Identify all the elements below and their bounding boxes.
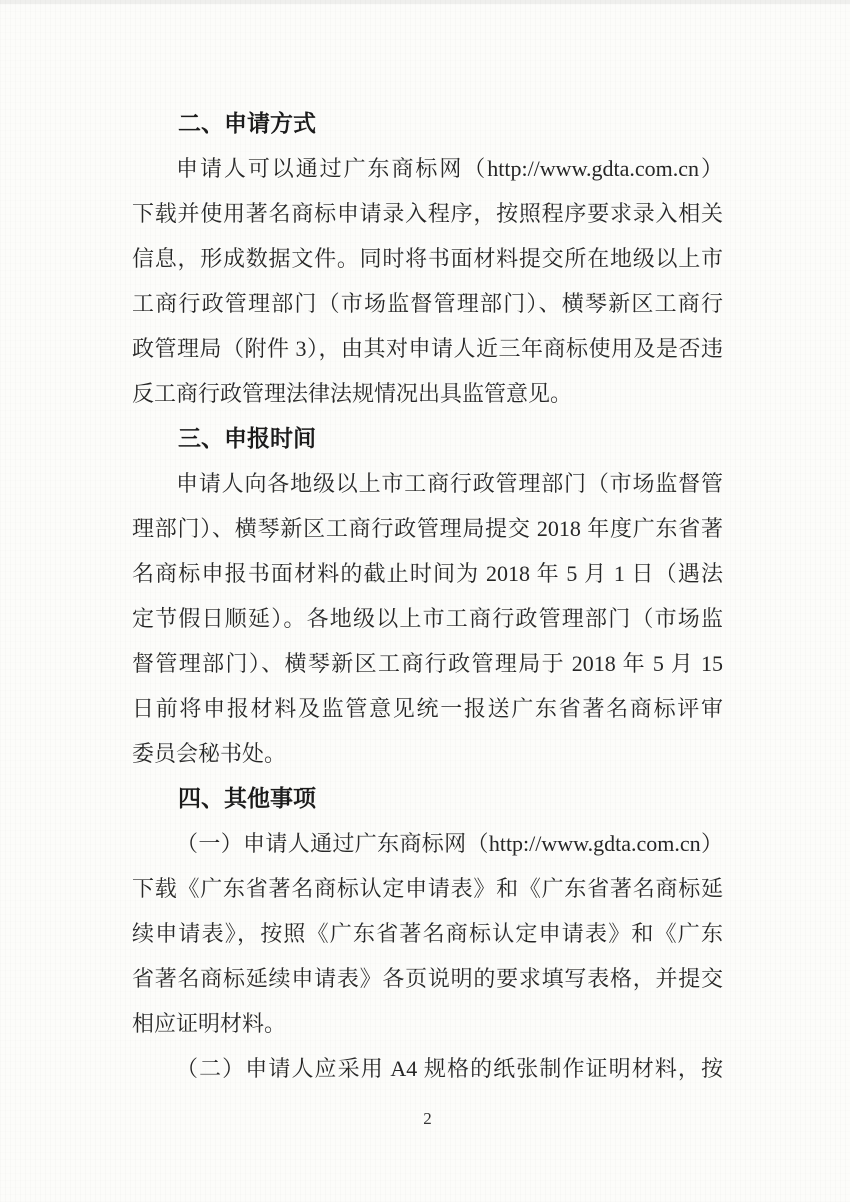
- text-line: 日前将申报材料及监管意见统一报送广东省著名商标评审: [132, 686, 723, 731]
- text-line: 委员会秘书处。: [132, 731, 723, 776]
- text-line: 下载并使用著名商标申请录入程序，按照程序要求录入相关: [132, 191, 723, 236]
- text-line: 申请人向各地级以上市工商行政管理部门（市场监督管: [132, 461, 723, 506]
- scanned-document-page: 二、申请方式 申请人可以通过广东商标网（http://www.gdta.com.…: [0, 0, 850, 1202]
- text-line: 申请人可以通过广东商标网（http://www.gdta.com.cn）: [132, 146, 723, 191]
- text-line: 相应证明材料。: [132, 1001, 723, 1046]
- text-line: （二）申请人应采用 A4 规格的纸张制作证明材料，按: [132, 1046, 723, 1091]
- text-line: 督管理部门）、横琴新区工商行政管理局于 2018 年 5 月 15: [132, 641, 723, 686]
- text-line: 续申请表》，按照《广东省著名商标认定申请表》和《广东: [132, 911, 723, 956]
- section-heading-filing-time: 三、申报时间: [132, 416, 723, 461]
- text-line: 名商标申报书面材料的截止时间为 2018 年 5 月 1 日（遇法: [132, 551, 723, 596]
- text-line: 信息，形成数据文件。同时将书面材料提交所在地级以上市: [132, 236, 723, 281]
- text-line: 定节假日顺延）。各地级以上市工商行政管理部门（市场监: [132, 596, 723, 641]
- text-line: 工商行政管理部门（市场监督管理部门）、横琴新区工商行: [132, 281, 723, 326]
- document-body: 二、申请方式 申请人可以通过广东商标网（http://www.gdta.com.…: [132, 101, 723, 1091]
- text-line: （一）申请人通过广东商标网（http://www.gdta.com.cn）: [132, 821, 723, 866]
- section-heading-other-matters: 四、其他事项: [132, 776, 723, 821]
- text-line: 省著名商标延续申请表》各页说明的要求填写表格，并提交: [132, 956, 723, 1001]
- section-heading-application-method: 二、申请方式: [132, 101, 723, 146]
- text-line: 政管理局（附件 3），由其对申请人近三年商标使用及是否违: [132, 326, 723, 371]
- text-line: 反工商行政管理法律法规情况出具监管意见。: [132, 371, 723, 416]
- text-line: 理部门）、横琴新区工商行政管理局提交 2018 年度广东省著: [132, 506, 723, 551]
- page-number: 2: [132, 1096, 723, 1141]
- text-line: 下载《广东省著名商标认定申请表》和《广东省著名商标延: [132, 866, 723, 911]
